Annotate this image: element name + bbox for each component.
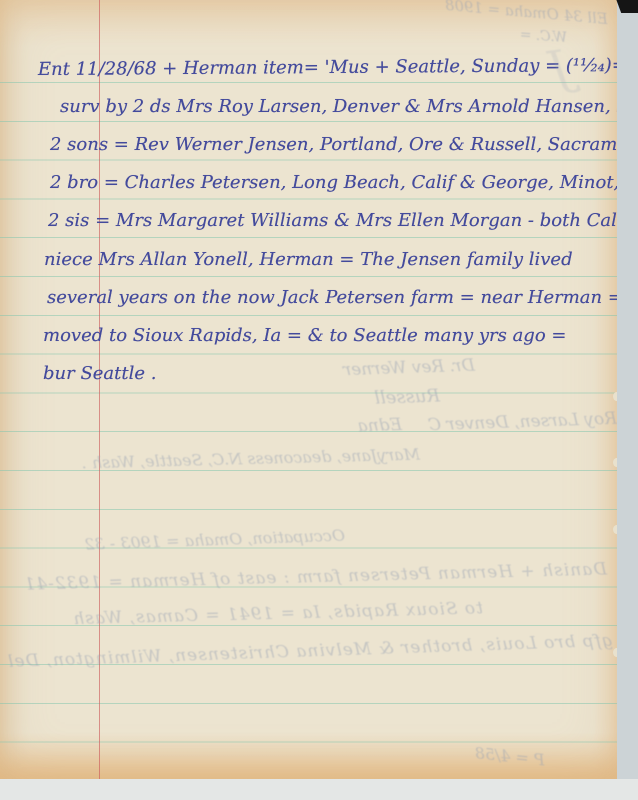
handwritten-line: 2 sons = Rev Werner Jensen, Portland, Or… xyxy=(50,134,617,155)
handwritten-line: 2 sis = Mrs Margaret Williams & Mrs Elle… xyxy=(48,210,617,231)
scanner-background-right xyxy=(616,0,638,800)
perforation-nub xyxy=(613,648,617,657)
handwritten-line: bur Seattle . xyxy=(43,363,156,384)
bleedthrough-line: Edna xyxy=(342,415,403,437)
bleedthrough-line: Ell 34 Omaha = 1908 xyxy=(467,0,608,28)
handwritten-line: niece Mrs Allan Yonell, Herman = The Jen… xyxy=(44,249,573,270)
perforation-nub xyxy=(613,458,617,467)
perforation-nub xyxy=(613,525,617,534)
handwritten-line: moved to Sioux Rapids, Ia = & to Seattle… xyxy=(43,325,566,346)
perforation-nub xyxy=(613,392,617,401)
scanner-background-bottom xyxy=(0,779,638,800)
handwritten-line: 2 bro = Charles Petersen, Long Beach, Ca… xyxy=(50,172,617,193)
notebook-page: Ent 11/28/68 + Herman item= 'Mus + Seatt… xyxy=(0,0,617,779)
bleedthrough-line: Russell xyxy=(350,385,441,409)
handwritten-line: several years on the now Jack Petersen f… xyxy=(47,287,617,308)
